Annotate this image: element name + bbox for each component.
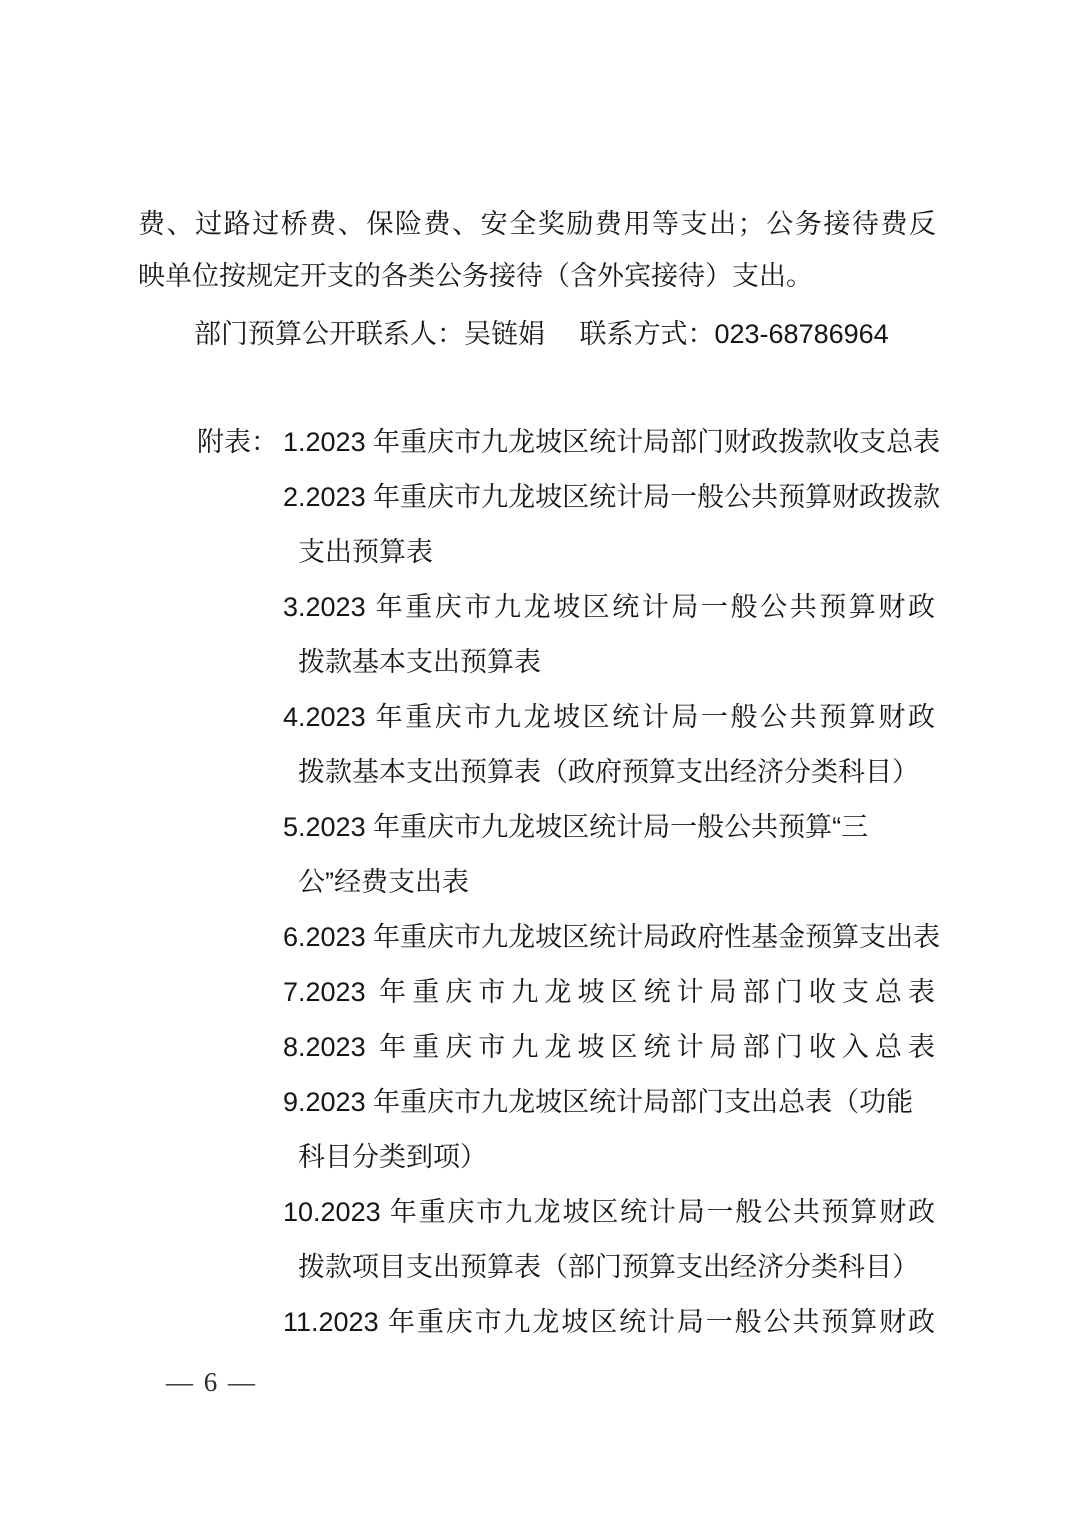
attachment-line-11: 11.2023 年重庆市九龙坡区统计局一般公共预算财政 — [283, 1295, 935, 1350]
attachment-line-3: 3.2023 年重庆市九龙坡区统计局一般公共预算财政 — [283, 580, 935, 635]
attachment-line-5: 5.2023 年重庆市九龙坡区统计局一般公共预算“三 — [283, 800, 935, 855]
attachment-line-9: 9.2023 年重庆市九龙坡区统计局部门支出总表（功能 — [283, 1075, 935, 1130]
body-paragraph-line-1: 费、过路过桥费、保险费、安全奖励费用等支出；公务接待费反 — [138, 198, 936, 250]
attachment-line-3-continued: 拨款基本支出预算表 — [298, 635, 935, 690]
attachment-line-2: 2.2023 年重庆市九龙坡区统计局一般公共预算财政拨款 — [283, 470, 935, 525]
body-paragraph-line-2: 映单位按规定开支的各类公务接待（含外宾接待）支出。 — [138, 250, 936, 302]
budget-contact-line: 部门预算公开联系人：吴链娟 联系方式：023-68786964 — [138, 308, 936, 360]
attachment-list: 附表： 1.2023 年重庆市九龙坡区统计局部门财政拨款收支总表 2.2023 … — [138, 415, 936, 1350]
document-body: 费、过路过桥费、保险费、安全奖励费用等支出；公务接待费反 映单位按规定开支的各类… — [138, 198, 936, 1350]
attachment-line-4: 4.2023 年重庆市九龙坡区统计局一般公共预算财政 — [283, 690, 935, 745]
attachment-line-1: 1.2023 年重庆市九龙坡区统计局部门财政拨款收支总表 — [283, 415, 935, 470]
attachment-list-lines: 1.2023 年重庆市九龙坡区统计局部门财政拨款收支总表 2.2023 年重庆市… — [283, 415, 935, 1350]
attachment-line-7: 7.2023 年重庆市九龙坡区统计局部门收支总表 — [283, 965, 935, 1020]
attachment-line-10: 10.2023 年重庆市九龙坡区统计局一般公共预算财政 — [283, 1185, 935, 1240]
attachment-line-8: 8.2023 年重庆市九龙坡区统计局部门收入总表 — [283, 1020, 935, 1075]
attachment-line-6: 6.2023 年重庆市九龙坡区统计局政府性基金预算支出表 — [283, 910, 935, 965]
attachment-list-label: 附表： — [197, 415, 278, 470]
attachment-line-9-continued: 科目分类到项） — [298, 1130, 935, 1185]
document-page: 费、过路过桥费、保险费、安全奖励费用等支出；公务接待费反 映单位按规定开支的各类… — [0, 0, 1074, 1520]
attachment-line-2-continued: 支出预算表 — [298, 525, 935, 580]
page-number: — 6 — — [166, 1367, 257, 1398]
attachment-line-10-continued: 拨款项目支出预算表（部门预算支出经济分类科目） — [298, 1240, 935, 1295]
attachment-line-4-continued: 拨款基本支出预算表（政府预算支出经济分类科目） — [298, 745, 935, 800]
attachment-line-5-continued: 公”经费支出表 — [298, 855, 935, 910]
